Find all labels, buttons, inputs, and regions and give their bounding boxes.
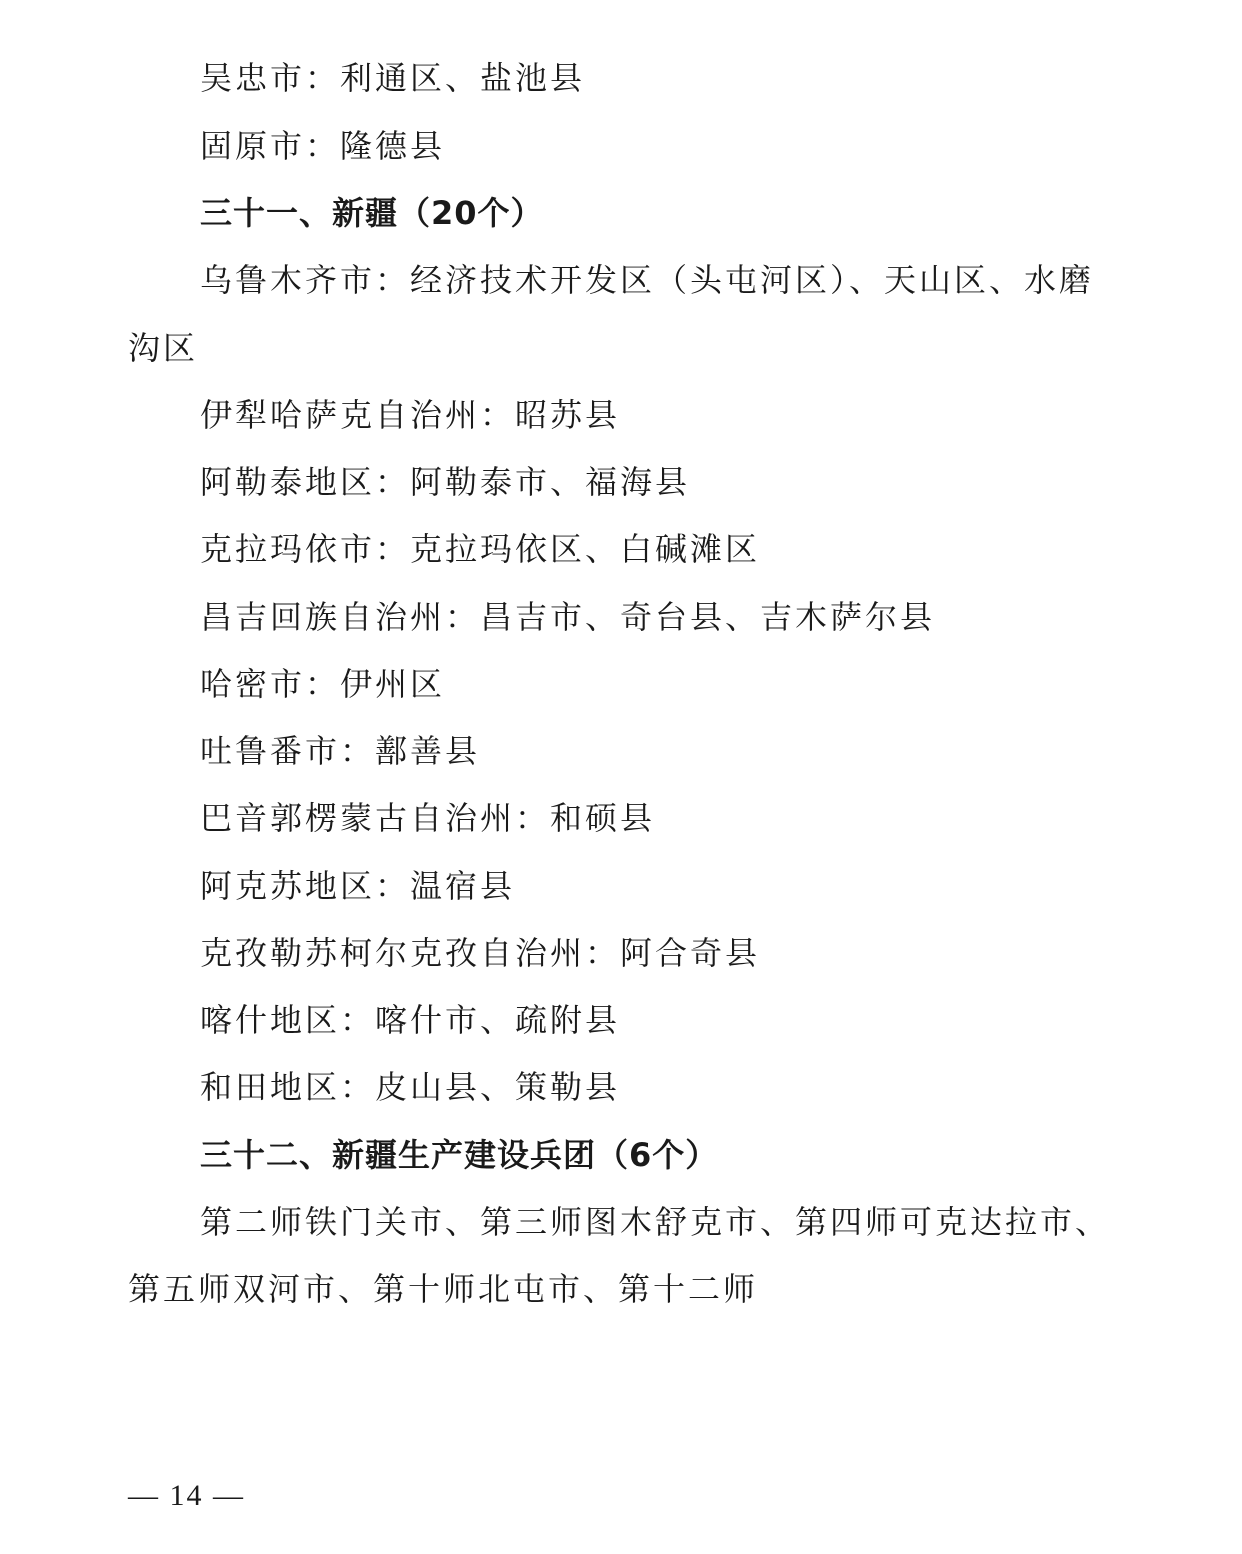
entry-urumqi-continued: 沟区	[128, 328, 198, 368]
entry-kizilsu: 克孜勒苏柯尔克孜自治州：阿合奇县	[200, 933, 760, 973]
document-page: 吴忠市：利通区、盐池县 固原市：隆德县 三十一、新疆（20个） 乌鲁木齐市：经济…	[0, 0, 1242, 1554]
entry-xpcc-divisions-continued: 第五师双河市、第十师北屯市、第十二师	[128, 1269, 758, 1309]
entry-hami: 哈密市：伊州区	[200, 664, 445, 704]
section-heading-xpcc: 三十二、新疆生产建设兵团（6个）	[200, 1135, 718, 1175]
entry-xpcc-divisions: 第二师铁门关市、第三师图木舒克市、第四师可克达拉市、	[200, 1202, 1110, 1242]
entry-hotan: 和田地区：皮山县、策勒县	[200, 1067, 620, 1107]
entry-karamay: 克拉玛依市：克拉玛依区、白碱滩区	[200, 529, 760, 569]
entry-wuzhong: 吴忠市：利通区、盐池县	[200, 58, 585, 98]
entry-altay: 阿勒泰地区：阿勒泰市、福海县	[200, 462, 690, 502]
entry-ili: 伊犁哈萨克自治州：昭苏县	[200, 395, 620, 435]
page-number: — 14 —	[128, 1476, 245, 1516]
entry-urumqi: 乌鲁木齐市：经济技术开发区（头屯河区）、天山区、水磨	[200, 260, 1094, 300]
entry-aksu: 阿克苏地区：温宿县	[200, 866, 515, 906]
entry-bayingolin: 巴音郭楞蒙古自治州：和硕县	[200, 798, 655, 838]
entry-kashgar: 喀什地区：喀什市、疏附县	[200, 1000, 620, 1040]
entry-changji: 昌吉回族自治州：昌吉市、奇台县、吉木萨尔县	[200, 597, 935, 637]
section-heading-xinjiang: 三十一、新疆（20个）	[200, 193, 544, 233]
entry-guyuan: 固原市：隆德县	[200, 126, 445, 166]
entry-turpan: 吐鲁番市：鄯善县	[200, 731, 480, 771]
